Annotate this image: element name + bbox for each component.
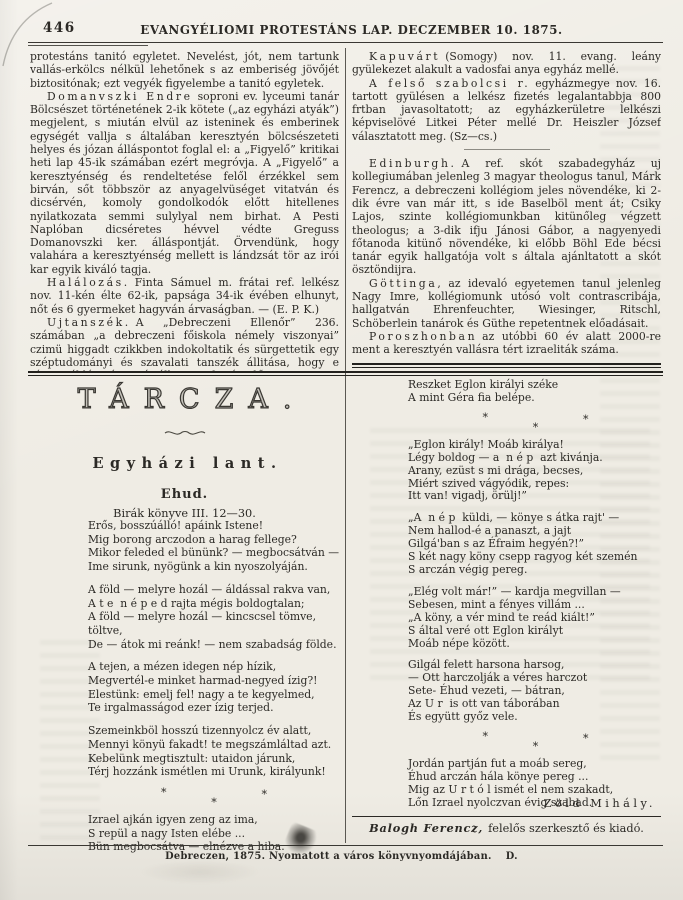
publisher-rule [352,816,661,817]
stanza-divider: *** [471,733,601,752]
poem-line: Sebesen, mint a fényes villám ... [408,599,663,612]
column-divider [345,48,346,843]
news-paragraph: Ujtanszék.A „Debreczeni Ellenőr” 236. sz… [30,316,339,373]
poem-line: Itt van! vigadj, örülj!” [408,490,663,503]
poem-column-left: Erős, bosszúálló! apáink Istene!Mig boro… [88,519,340,863]
poem-line: Te irgalmasságod ezer ízig terjed. [88,701,340,715]
divider-star: * [262,788,268,802]
poem-line: De — átok mi reánk! — nem szabadság föld… [88,638,340,652]
poem-line: Légy boldog — a n é p azt kivánja. [408,452,663,465]
divider-star: * [583,414,589,427]
poem-line: Megvertél-e minket harmad-negyed ízig?! [88,674,340,688]
poem-line: A mint Géra fia belépe. [408,392,663,405]
errata-rule [352,363,661,368]
paragraph-lead: A felső szabolcsi r. [369,77,530,90]
poem-line: Ime sirunk, nyögünk a kin nyoszolyáján. [88,560,340,574]
poem-stanza: „A n é p küldi, — könye s átka rajt' —Ne… [408,512,663,577]
poem-line: Szemeinkböl hosszú tizennyolcz év alatt, [88,724,340,738]
poem-line: A föld — melyre hozál — kincscsel tömve,… [88,610,340,637]
paragraph-lead: Göttinga, [369,277,443,290]
poem-stanza: Gilgál felett harsona harsog,— Ott harcz… [408,659,663,724]
author-signature: Zöld Mihály. [408,797,656,810]
section-title: TÁRCZA. [30,384,339,415]
divider-star: * [583,733,589,746]
header-rule [28,42,663,43]
section-divider-rule [28,371,663,376]
poem-column-right: Reszket Eglon királyi székeA mint Géra f… [408,379,663,819]
ornament-divider [30,422,339,441]
stanza-divider: *** [471,414,601,433]
divider-star: * [211,796,217,810]
tarcza-section-header: TÁRCZA. Egyházi lant. Ehud. Birák könyve… [30,380,339,520]
poem-line: Kebelünk megtisztult: utaidon járunk, [88,752,340,766]
news-paragraph: Poroszhonbanaz utóbbi 60 év alatt 2000-r… [352,330,661,357]
poem-line: A föld — melyre hozál — áldással rakva v… [88,583,340,597]
paper-stain [140,860,260,884]
divider-star: * [533,741,539,754]
poem-line: Moáb népe között. [408,638,663,651]
news-column-right: Kapuvárt(Somogy) nov. 11. evang. leány g… [352,50,661,373]
divider-star: * [483,731,489,744]
publisher-line: Balogh Ferencz,felelős szerkesztő és kia… [352,821,661,835]
footer-rule [28,845,663,846]
divider-star: * [161,786,167,800]
news-column-left: protestáns tanitó egyletet. Nevelést, jó… [30,50,339,373]
paragraph-lead: Poroszhonban [369,330,477,343]
poem-stanza: Erős, bosszúálló! apáink Istene!Mig boro… [88,519,340,574]
poem-line: És együtt győz vele. [408,711,663,724]
imprint-text: Debreczen, 1875. Nyomatott a város könyv… [165,851,492,862]
publisher-name: Balogh Ferencz, [369,821,483,835]
newspaper-page: 446 EVANGYÉLIOMI PROTESTÁNS LAP. DECZEMB… [0,0,683,900]
poem-line: S arczán végig pereg. [408,564,663,577]
imprint-mark: D. [506,851,518,862]
paragraph-separator-rule [464,149,550,150]
poem-line: „Eglon király! Moáb királya! [408,439,663,452]
column-subtitle: Egyházi lant. [30,455,339,472]
paragraph-lead: Edinburgh. [369,157,457,170]
news-paragraph: protestáns tanitó egyletet. Nevelést, jó… [30,50,339,90]
poem-stanza: Szemeinkböl hosszú tizennyolcz év alatt,… [88,724,340,779]
header-rule-secondary [28,45,148,46]
stanza-divider: *** [149,788,279,807]
poem-line: Mennyi könyü fakadt! te megszámláltad az… [88,738,340,752]
paragraph-text: protestáns tanitó egyletet. Nevelést, jó… [30,50,339,90]
poem-stanza: „Eglon király! Moáb királya!Légy boldog … [408,439,663,504]
poem-stanza: Reszket Eglon királyi székeA mint Géra f… [408,379,663,405]
poem-line: „Elég volt már!” — kardja megvillan — [408,586,663,599]
poem-line: „A köny, a vér mind te reád kiált!” [408,612,663,625]
poem-line: Erős, bosszúálló! apáink Istene! [88,519,340,533]
divider-star: * [483,412,489,425]
poem-stanza: A föld — melyre hozál — áldással rakva v… [88,583,340,652]
poem-line: Arany, ezüst s mi drága, becses, [408,465,663,478]
news-paragraph: Domanvszki Endresoproni ev. lyceumi taná… [30,90,339,276]
news-paragraph: Halálozás.Finta Sámuel m. frátai ref. le… [30,276,339,316]
poem-line: Elestünk: emelj fel! nagy a te kegyelmed… [88,688,340,702]
paragraph-text: soproni ev. lyceumi tanár Bölcsészet tör… [30,90,339,276]
paragraph-lead: Ujtanszék. [47,316,131,329]
poem-stanza: „Elég volt már!” — kardja megvillan —Seb… [408,586,663,651]
poem-title: Ehud. [30,487,339,502]
poem-line: Térj hozzánk ismétlen mi Urunk, királyun… [88,765,340,779]
poem-line: Mig borong arczodon a harag fellege? [88,533,340,547]
news-paragraph: Edinburgh.A ref. skót szabadegyház uj ko… [352,157,661,277]
publisher-title: felelős szerkesztő és kiadó. [488,822,644,835]
news-paragraph: Göttinga,az idevaló egyetemen tanul jele… [352,277,661,330]
poem-line: Mig az U r t ó l ismét el nem szakadt, [408,784,663,797]
poem-line: Éhud arczán hála könye pereg ... [408,771,663,784]
paragraph-text: A ref. skót szabadegyház uj kollegiumába… [352,157,661,276]
imprint-line: Debreczen, 1875. Nyomatott a város könyv… [0,851,683,862]
poem-line: A t e n é p e d rajta mégis boldogtalan; [88,597,340,611]
paragraph-lead: Domanvszki Endre [47,90,193,103]
news-paragraph: Kapuvárt(Somogy) nov. 11. evang. leány g… [352,50,661,77]
masthead-title: EVANGYÉLIOMI PROTESTÁNS LAP. DECZEMBER 1… [60,23,643,37]
paragraph-lead: Kapuvárt [369,50,440,63]
poem-line: S által veré ott Eglon királyt [408,625,663,638]
divider-star: * [533,422,539,435]
news-paragraph: A felső szabolcsi r.egyházmegye nov. 16.… [352,77,661,143]
poem-line: Reszket Eglon királyi széke [408,379,663,392]
paragraph-lead: Halálozás. [47,276,130,289]
poem-stanza: A tejen, a mézen idegen nép hízik,Megver… [88,660,340,715]
poem-line: A tejen, a mézen idegen nép hízik, [88,660,340,674]
poem-line: Jordán partján fut a moáb sereg, [408,758,663,771]
poem-line: Mikor feleded el bününk? — megbocsátván … [88,546,340,560]
